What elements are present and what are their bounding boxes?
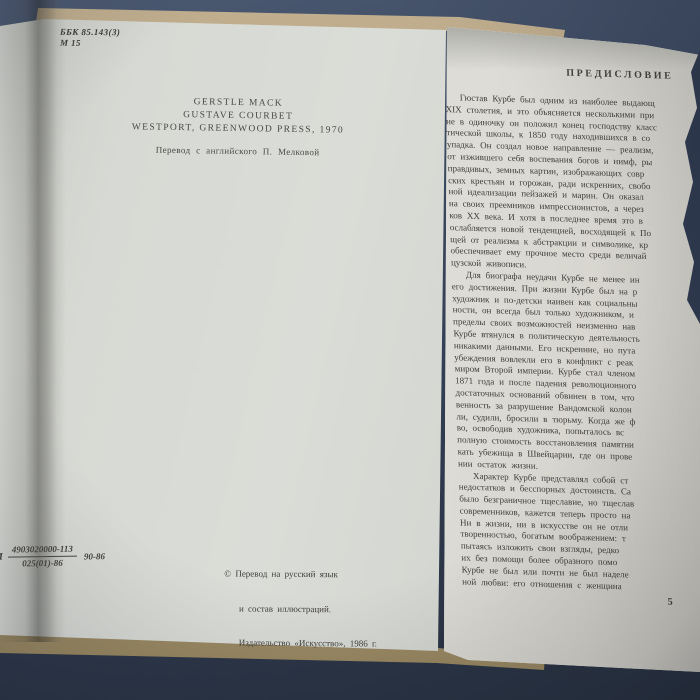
catalog-numerator: 4903020000-113	[8, 544, 77, 558]
preface-body: Гюстав Курбе был одним из наиболее выдаю…	[445, 92, 673, 594]
copyright-line: Издательство «Искусство», 1986 г.	[224, 637, 377, 650]
copyright-line: © Перевод на русский язык	[224, 568, 377, 581]
catalog-prefix: М	[0, 552, 3, 563]
page-number: 5	[667, 597, 672, 608]
original-edition-block: GERSTLE MACK GUSTAVE COURBET WESTPORT, G…	[57, 94, 420, 159]
catalog-fraction: 4903020000-113 025(01)-86	[8, 544, 77, 570]
bbk-code: ББК 85.143(3)	[60, 27, 120, 38]
bbk-classification-block: ББК 85.143(3) М 15	[60, 27, 120, 49]
catalog-suffix: 90-86	[84, 551, 105, 561]
catalog-denominator: 025(01)-86	[8, 557, 77, 570]
bbk-index: М 15	[60, 38, 120, 49]
copyright-line: и состав иллюстраций.	[224, 603, 377, 616]
open-book-photo: ББК 85.143(3) М 15 GERSTLE MACK GUSTAVE …	[0, 0, 700, 700]
catalog-number-block: М 4903020000-113 025(01)-86 90-86	[0, 543, 105, 570]
copyright-block: © Перевод на русский язык и состав иллюс…	[224, 545, 378, 673]
